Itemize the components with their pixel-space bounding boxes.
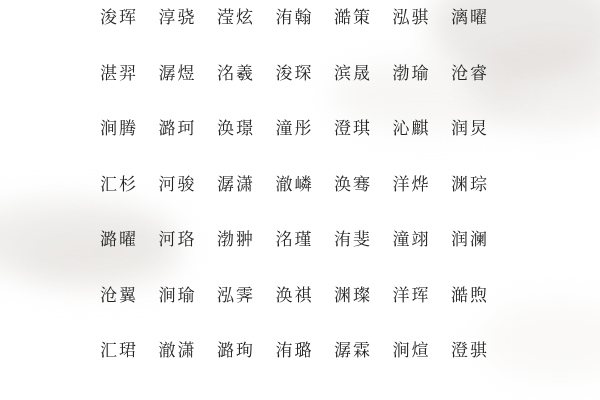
name-item: 涧瑜 bbox=[159, 284, 218, 308]
name-item: 漓曜 bbox=[451, 6, 510, 30]
name-item: 潞曜 bbox=[100, 228, 159, 252]
name-item: 洺羲 bbox=[217, 62, 276, 86]
name-item: 涧腾 bbox=[100, 117, 159, 141]
name-item: 润澜 bbox=[451, 228, 510, 252]
name-item: 泓骐 bbox=[393, 6, 452, 30]
name-item: 澔策 bbox=[334, 6, 393, 30]
name-item: 澈嶙 bbox=[276, 173, 335, 197]
name-item: 洧斐 bbox=[334, 228, 393, 252]
name-item: 澄琪 bbox=[334, 117, 393, 141]
name-item: 涣璟 bbox=[217, 117, 276, 141]
name-item: 洧翰 bbox=[276, 6, 335, 30]
name-item: 浚琛 bbox=[276, 62, 335, 86]
name-item: 渊璨 bbox=[334, 284, 393, 308]
name-item: 洋烨 bbox=[393, 173, 452, 197]
name-row: 浚珲 淳骁 滢炫 洧翰 澔策 泓骐 漓曜 bbox=[100, 6, 520, 62]
name-row: 汇珺 澈潇 潞珣 洧璐 潺霖 涧煊 澄骐 bbox=[100, 339, 520, 395]
name-grid: 浚珲 淳骁 滢炫 洧翰 澔策 泓骐 漓曜 湛羿 潺煜 洺羲 浚琛 滨晟 渤瑜 沧… bbox=[100, 6, 520, 395]
name-item: 河骏 bbox=[159, 173, 218, 197]
name-item: 涧煊 bbox=[393, 339, 452, 363]
name-item: 澔煦 bbox=[451, 284, 510, 308]
name-item: 渊琮 bbox=[451, 173, 510, 197]
name-item: 河珞 bbox=[159, 228, 218, 252]
name-row: 汇杉 河骏 潺潇 澈嶙 涣骞 洋烨 渊琮 bbox=[100, 173, 520, 229]
name-item: 汇珺 bbox=[100, 339, 159, 363]
name-item: 滨晟 bbox=[334, 62, 393, 86]
name-item: 汇杉 bbox=[100, 173, 159, 197]
name-item: 潺煜 bbox=[159, 62, 218, 86]
name-item: 洋珲 bbox=[393, 284, 452, 308]
name-item: 浚珲 bbox=[100, 6, 159, 30]
name-item: 澈潇 bbox=[159, 339, 218, 363]
name-row: 沧翼 涧瑜 泓霁 涣祺 渊璨 洋珲 澔煦 bbox=[100, 284, 520, 340]
name-item: 沧翼 bbox=[100, 284, 159, 308]
name-item: 渤翀 bbox=[217, 228, 276, 252]
name-item: 潺潇 bbox=[217, 173, 276, 197]
name-row: 涧腾 潞珂 涣璟 潼彤 澄琪 沁麒 润炅 bbox=[100, 117, 520, 173]
name-item: 泓霁 bbox=[217, 284, 276, 308]
name-row: 潞曜 河珞 渤翀 洺瑾 洧斐 潼翊 润澜 bbox=[100, 228, 520, 284]
name-item: 渤瑜 bbox=[393, 62, 452, 86]
name-item: 涣骞 bbox=[334, 173, 393, 197]
name-item: 潺霖 bbox=[334, 339, 393, 363]
name-item: 洺瑾 bbox=[276, 228, 335, 252]
name-row: 湛羿 潺煜 洺羲 浚琛 滨晟 渤瑜 沧睿 bbox=[100, 62, 520, 118]
name-item: 涣祺 bbox=[276, 284, 335, 308]
name-item: 澄骐 bbox=[451, 339, 510, 363]
name-list-page: 浚珲 淳骁 滢炫 洧翰 澔策 泓骐 漓曜 湛羿 潺煜 洺羲 浚琛 滨晟 渤瑜 沧… bbox=[0, 0, 600, 400]
name-item: 润炅 bbox=[451, 117, 510, 141]
name-item: 洧璐 bbox=[276, 339, 335, 363]
name-item: 沁麒 bbox=[393, 117, 452, 141]
name-item: 潼彤 bbox=[276, 117, 335, 141]
name-item: 湛羿 bbox=[100, 62, 159, 86]
name-item: 淳骁 bbox=[159, 6, 218, 30]
name-item: 沧睿 bbox=[451, 62, 510, 86]
name-item: 潞珂 bbox=[159, 117, 218, 141]
name-item: 潼翊 bbox=[393, 228, 452, 252]
name-item: 滢炫 bbox=[217, 6, 276, 30]
name-item: 潞珣 bbox=[217, 339, 276, 363]
